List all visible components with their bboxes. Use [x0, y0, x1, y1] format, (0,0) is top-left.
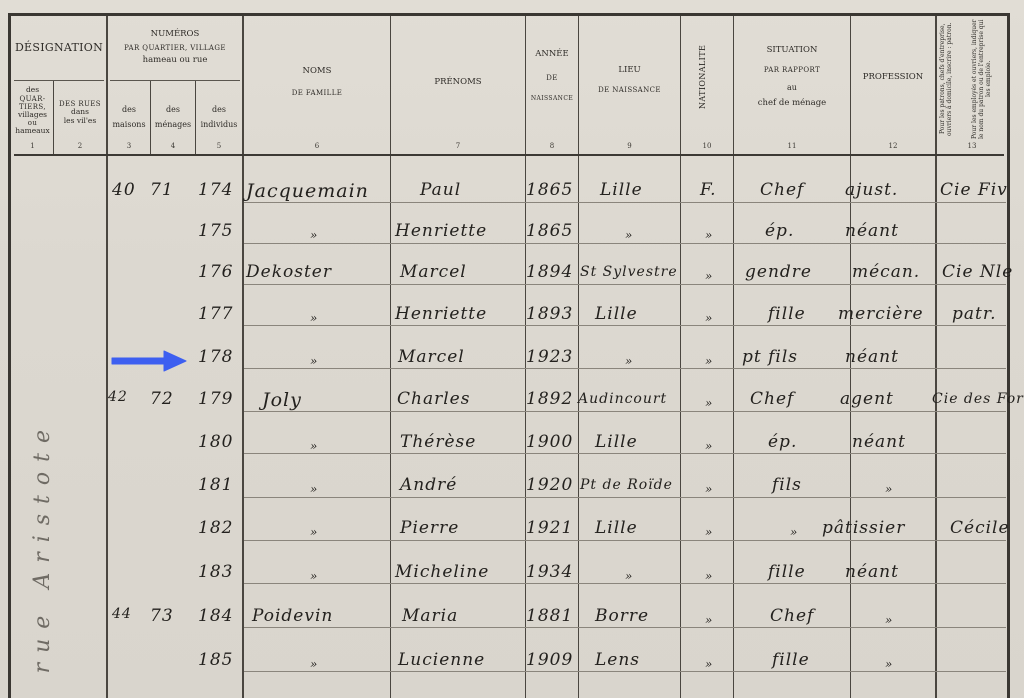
row-rule: [244, 453, 1006, 454]
col3-line: des: [108, 102, 150, 117]
col9-sub: DE NAISSANCE: [579, 86, 680, 94]
cell-lieu: Lille: [595, 432, 638, 452]
cell-profession: ajust.: [845, 180, 898, 200]
numeros-sub1: PAR QUARTIER, VILLAGE: [108, 44, 242, 52]
cell-prenom: Marcel: [398, 347, 465, 367]
cell-prenom: Paul: [420, 180, 461, 200]
cell-individu: 183: [198, 562, 233, 582]
cell-profession: »: [885, 613, 893, 627]
frame-top-rule: [8, 13, 1008, 16]
frame-right-rule: [1007, 13, 1010, 698]
cell-prenom: Maria: [402, 606, 458, 626]
cell-annee: 1865: [526, 180, 573, 200]
colnum-6: 6: [244, 142, 390, 150]
row-rule: [244, 671, 1006, 672]
cell-annee: 1893: [526, 304, 573, 324]
cell-individu: 180: [198, 432, 233, 452]
cell-prenom: Micheline: [395, 562, 489, 582]
col-divider-9: [680, 16, 681, 698]
cell-individu: 185: [198, 650, 233, 670]
col-divider-6: [390, 16, 391, 698]
row-rule: [244, 497, 1006, 498]
colnum-7: 7: [391, 142, 525, 150]
cell-nationalite: »: [705, 396, 713, 410]
cell-situation: fille: [768, 304, 806, 324]
col8-title: ANNÉE: [526, 50, 578, 60]
cell-annee: 1900: [526, 432, 573, 452]
cell-nom: »: [310, 482, 318, 496]
cell-situation: fille: [768, 562, 806, 582]
cell-profession: néant: [845, 347, 899, 367]
col3-line: maisons: [108, 117, 150, 132]
cell-situation: ép.: [765, 221, 794, 241]
header-col6: NOMS DE FAMILLE: [244, 67, 390, 97]
header-col3: des maisons: [108, 102, 150, 132]
cell-individu-highlighted: 178: [198, 347, 233, 367]
colnum-10: 10: [681, 142, 733, 150]
margin-street-note: rue Aristote: [30, 420, 55, 673]
cell-individu: 174: [198, 180, 233, 200]
cell-situation: Chef: [760, 180, 804, 200]
cell-maison: 40: [112, 180, 136, 200]
cell-annee: 1894: [526, 262, 573, 282]
cell-annee: 1934: [526, 562, 573, 582]
cell-individu: 177: [198, 304, 233, 324]
cell-prenom: Henriette: [395, 221, 487, 241]
cell-lieu: Lens: [595, 650, 640, 670]
cell-prenom: André: [400, 475, 457, 495]
cell-situation: Chef: [750, 389, 794, 409]
cell-situation: pt fils: [742, 347, 798, 367]
highlight-arrow-icon: [110, 349, 188, 373]
colnum-1: 1: [12, 142, 53, 150]
cell-maison: 44: [112, 606, 132, 622]
col11-sub3: chef de ménage: [734, 99, 850, 109]
cell-individu: 184: [198, 606, 233, 626]
header-col13-patrons: Pour les patrons, chefs d'entreprise, ou…: [940, 18, 972, 140]
row-rule: [244, 368, 1006, 369]
cell-nationalite: »: [705, 228, 713, 242]
cell-nom: »: [310, 569, 318, 583]
cell-lieu: »: [625, 569, 633, 583]
cell-lieu: Lille: [595, 304, 638, 324]
cell-individu: 179: [198, 389, 233, 409]
cell-individu: 175: [198, 221, 233, 241]
cell-situation: Chef: [770, 606, 814, 626]
cell-nationalite: »: [705, 311, 713, 325]
col5-line: des: [196, 102, 242, 117]
cell-nom: »: [310, 525, 318, 539]
cell-lieu: »: [625, 228, 633, 242]
numeros-sub2: hameau ou rue: [108, 56, 242, 66]
cell-nom: »: [310, 354, 318, 368]
colnum-4: 4: [151, 142, 195, 150]
colnum-9: 9: [579, 142, 680, 150]
cell-individu: 182: [198, 518, 233, 538]
col4-line: ménages: [151, 117, 195, 132]
cell-menage: 72: [150, 389, 174, 409]
cell-nationalite: »: [705, 354, 713, 368]
header-col8: ANNÉE DE NAISSANCE: [526, 50, 578, 103]
colnum-13: 13: [937, 142, 1007, 150]
cell-nationalite: F.: [700, 180, 717, 200]
cell-profession: pâtissier: [822, 518, 905, 538]
cell-annee: 1921: [526, 518, 573, 538]
cell-nationalite: »: [705, 482, 713, 496]
row-rule: [244, 411, 1006, 412]
cell-lieu: »: [625, 354, 633, 368]
cell-prenom: Henriette: [395, 304, 487, 324]
row-rule: [244, 627, 1006, 628]
col8-sub: NAISSANCE: [526, 96, 578, 103]
cell-employeur: Cécile: [950, 518, 1010, 538]
col1-line: hameaux: [12, 127, 53, 136]
row-rule: [244, 243, 1006, 244]
cell-nom: Poidevin: [252, 606, 333, 626]
colnum-8: 8: [526, 142, 578, 150]
header-col10: NATIONALITÉ: [698, 32, 707, 122]
colnum-5: 5: [196, 142, 242, 150]
col2-line: les vil'es: [54, 117, 106, 126]
cell-annee: 1892: [526, 389, 573, 409]
row-rule: [244, 325, 1006, 326]
col1-line: QUAR-: [12, 95, 53, 103]
cell-nom: Jacquemain: [246, 180, 369, 202]
census-page: DÉSIGNATION NUMÉROS PAR QUARTIER, VILLAG…: [0, 0, 1024, 698]
cell-employeur: Cie Nle: [942, 262, 1013, 282]
cell-individu: 181: [198, 475, 233, 495]
cell-profession: »: [885, 657, 893, 671]
colnum-2: 2: [54, 142, 106, 150]
header-col5: des individus: [196, 102, 242, 132]
header-numeros: NUMÉROS PAR QUARTIER, VILLAGE hameau ou …: [108, 30, 242, 66]
cell-situation: fils: [772, 475, 802, 495]
cell-annee: 1920: [526, 475, 573, 495]
cell-annee: 1923: [526, 347, 573, 367]
designation-label: DÉSIGNATION: [12, 42, 106, 55]
cell-situation: fille: [772, 650, 810, 670]
cell-situation: »: [790, 525, 798, 539]
cell-employeur: patr.: [952, 304, 997, 324]
header-col11: SITUATION PAR RAPPORT au chef de ménage: [734, 46, 850, 109]
cell-nom: »: [310, 228, 318, 242]
cell-nom: »: [310, 311, 318, 325]
row-rule: [244, 202, 1006, 203]
cell-menage: 73: [150, 606, 174, 626]
cell-prenom: Thérèse: [400, 432, 476, 452]
header-col4: des ménages: [151, 102, 195, 132]
col6-sub: DE FAMILLE: [244, 89, 390, 97]
header-col2: DES RUES dans les vil'es: [54, 100, 106, 125]
col11-sub2: au: [734, 83, 850, 92]
frame-left-rule: [8, 13, 11, 698]
numeros-title: NUMÉROS: [108, 30, 242, 40]
header-bottom-rule: [14, 154, 1004, 156]
col12-title: PROFESSION: [851, 73, 935, 83]
col-divider-5: [242, 16, 244, 698]
cell-profession: agent: [840, 389, 894, 409]
cell-profession: »: [885, 482, 893, 496]
col1-line: villages: [12, 111, 53, 120]
header-col1: des QUAR- TIERS, villages ou hameaux: [12, 86, 53, 136]
header-col7: PRÉNOMS: [391, 78, 525, 88]
cell-nom: »: [310, 657, 318, 671]
colnum-11: 11: [734, 142, 850, 150]
cell-individu: 176: [198, 262, 233, 282]
cell-maison: 42: [108, 389, 128, 405]
col11-sub1: PAR RAPPORT: [734, 66, 850, 74]
row-rule: [244, 284, 1006, 285]
cell-prenom: Marcel: [400, 262, 467, 282]
colnum-12: 12: [851, 142, 935, 150]
cell-nationalite: »: [705, 269, 713, 283]
cell-situation: ép.: [768, 432, 797, 452]
cell-prenom: Charles: [397, 389, 470, 409]
cell-prenom: Pierre: [400, 518, 459, 538]
cell-nom: Joly: [262, 389, 302, 411]
cell-prenom: Lucienne: [398, 650, 485, 670]
cell-menage: 71: [150, 180, 174, 200]
col5-line: individus: [196, 117, 242, 132]
designation-brace: [14, 80, 104, 81]
header-col9: LIEU DE NAISSANCE: [579, 66, 680, 94]
numeros-brace: [110, 80, 240, 81]
col11-title: SITUATION: [734, 46, 850, 56]
cell-annee: 1881: [526, 606, 573, 626]
col-divider-10: [733, 16, 734, 698]
cell-lieu: Lille: [595, 518, 638, 538]
cell-nom: Dekoster: [246, 262, 332, 282]
cell-lieu: Audincourt: [578, 391, 667, 407]
cell-lieu: St Sylvestre: [580, 264, 678, 280]
cell-lieu: Lille: [600, 180, 643, 200]
row-rule: [244, 583, 1006, 584]
col7-title: PRÉNOMS: [391, 78, 525, 88]
cell-nationalite: »: [705, 525, 713, 539]
col-divider-8: [578, 16, 579, 698]
col1-line: des: [12, 86, 53, 95]
col4-line: des: [151, 102, 195, 117]
cell-nationalite: »: [705, 657, 713, 671]
header-col12: PROFESSION: [851, 73, 935, 83]
cell-nationalite: »: [705, 613, 713, 627]
header-col13-employes: Pour les employés et ouvriers, indiquer …: [972, 18, 1004, 140]
cell-lieu: Borre: [595, 606, 649, 626]
cell-annee: 1865: [526, 221, 573, 241]
cell-nationalite: »: [705, 569, 713, 583]
cell-nationalite: »: [705, 439, 713, 453]
col-divider-12: [935, 16, 937, 698]
col6-title: NOMS: [244, 67, 390, 77]
col9-title: LIEU: [579, 66, 680, 76]
cell-employeur: Cie Fiv: [940, 180, 1008, 200]
cell-profession: mécan.: [852, 262, 920, 282]
cell-employeur: Cie des For: [932, 391, 1024, 407]
cell-nom: »: [310, 439, 318, 453]
row-rule: [244, 540, 1006, 541]
cell-profession: néant: [845, 562, 899, 582]
cell-situation: gendre: [745, 262, 812, 282]
cell-profession: néant: [852, 432, 906, 452]
cell-annee: 1909: [526, 650, 573, 670]
cell-lieu: Pt de Roïde: [580, 477, 673, 493]
cell-profession: néant: [845, 221, 899, 241]
col8-de: DE: [526, 74, 578, 82]
colnum-3: 3: [108, 142, 150, 150]
header-designation: DÉSIGNATION: [12, 42, 106, 55]
cell-profession: mercière: [838, 304, 924, 324]
